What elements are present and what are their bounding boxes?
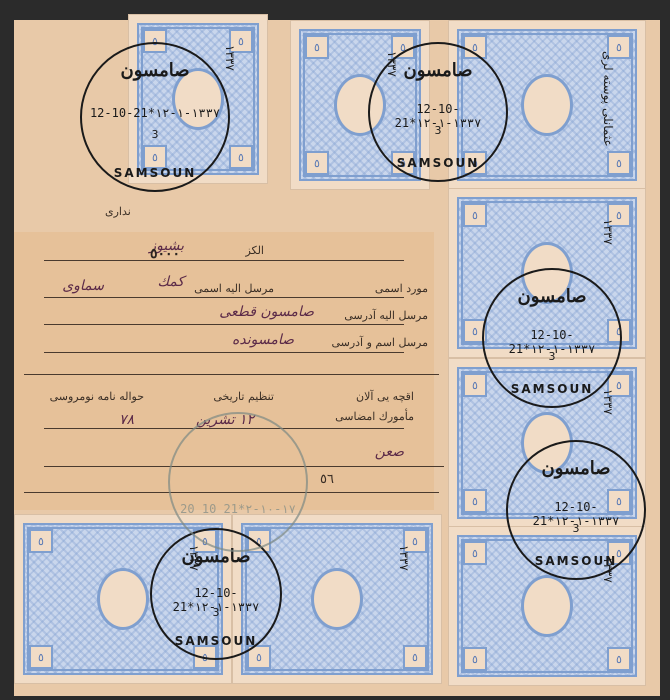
postmark: صامسون 12-10-21*١٣٣٧-١-١٢ 3 SAMSOUN xyxy=(368,42,508,182)
form-rule xyxy=(44,352,404,353)
sender-office-handwritten: سماوى xyxy=(62,278,104,294)
stamp-value: ٥ xyxy=(305,151,329,175)
postmark-number: 3 xyxy=(484,350,620,363)
postmark-town-arabic: صامسون xyxy=(508,458,644,479)
form-rule xyxy=(44,297,404,298)
postmark-date: 20 10 21*١٧-١٠-٢ xyxy=(176,502,300,516)
postmark-town: SAMSOUN xyxy=(152,634,280,648)
postmark-number: 3 xyxy=(82,128,228,141)
money-order-number-handwritten: ٧٨ xyxy=(119,412,134,428)
stamp-value: ٥ xyxy=(463,541,487,565)
form-rule xyxy=(44,324,404,325)
stamp-value: ٥ xyxy=(463,647,487,671)
stamp-value: ٥ xyxy=(29,645,53,669)
tughra-icon xyxy=(521,575,573,637)
stamp-value: ٥ xyxy=(305,35,329,59)
stamp-value: ٥ xyxy=(229,145,253,169)
form-rule xyxy=(24,374,439,375)
postmark-number: 3 xyxy=(152,606,280,619)
tughra-icon xyxy=(521,74,573,136)
sender-name-address-handwritten: صامسونده xyxy=(232,332,294,348)
postmark-number: 3 xyxy=(508,522,644,535)
recipient-name-label: مرسل اليه اسمى xyxy=(194,282,274,295)
postmark-town: SAMSOUN xyxy=(484,382,620,396)
recipient-address-handwritten: صامسون قطعى xyxy=(219,304,314,320)
date-of-issue-label: تنظيم تاريخى xyxy=(213,390,274,403)
official-signature-label: مأمورك امضاسى xyxy=(335,410,414,423)
postmark: صامسون 12-10-21*١٣٣٧-١-١٢ 3 SAMSOUN xyxy=(80,42,230,192)
amount-value: ٥٠٠٠ xyxy=(150,246,180,262)
received-money-label: اقچه يى آلان xyxy=(356,390,414,403)
postmark-town-arabic: صامسون xyxy=(370,60,506,81)
stamp-value: ٥ xyxy=(607,647,631,671)
form-top-label: ندارى xyxy=(105,205,131,218)
stamp-value: ٥ xyxy=(463,489,487,513)
postmark-town-arabic: صامسون xyxy=(484,286,620,307)
tughra-icon xyxy=(97,568,149,630)
stamp-value: ٥ xyxy=(403,645,427,669)
postmark: صامسون 12-10-21*١٣٣٧-١-١٢ 3 SAMSOUN xyxy=(482,268,622,408)
recipient-name-handwritten: كمك xyxy=(157,274,184,290)
recipient-address-label: مرسل اليه آدرسى xyxy=(344,309,428,322)
stamp-overprint: عثمانلی پوسته لری xyxy=(601,51,615,147)
form-rule xyxy=(44,260,404,261)
postmark: صامسون 12-10-21*١٣٣٧-١-١٢ 3 SAMSOUN xyxy=(506,440,646,580)
postmark-town: SAMSOUN xyxy=(82,166,228,180)
stamp-overprint: ١٣٣٧ xyxy=(601,219,615,245)
postmark-date: 12-10-21*١٣٣٧-١-١٢ xyxy=(88,106,222,120)
serial-number: ٥٦ xyxy=(320,472,334,487)
sender-office-label: مورد اسمى xyxy=(375,282,428,295)
postmark-town-arabic: صامسون xyxy=(152,546,280,567)
stamp-overprint: ١٣٣٧ xyxy=(397,545,411,571)
postmark-town: SAMSOUN xyxy=(508,554,644,568)
postmark-number: 3 xyxy=(370,124,506,137)
postmark-town: SAMSOUN xyxy=(370,156,506,170)
postmark-faded: 20 10 21*١٧-١٠-٢ xyxy=(168,412,308,552)
money-order-number-label: حواله نامه نومروسى xyxy=(50,390,144,403)
official-signature-handwritten: صعن xyxy=(375,444,404,460)
amount-label: الكز xyxy=(245,244,264,257)
postmark-town-arabic: صامسون xyxy=(82,60,228,81)
stamp-value: ٥ xyxy=(29,529,53,553)
stamp-value: ٥ xyxy=(607,151,631,175)
stamp-value: ٥ xyxy=(463,203,487,227)
tughra-icon xyxy=(311,568,363,630)
sender-name-address-label: مرسل اسم و آدرسى xyxy=(331,336,428,349)
